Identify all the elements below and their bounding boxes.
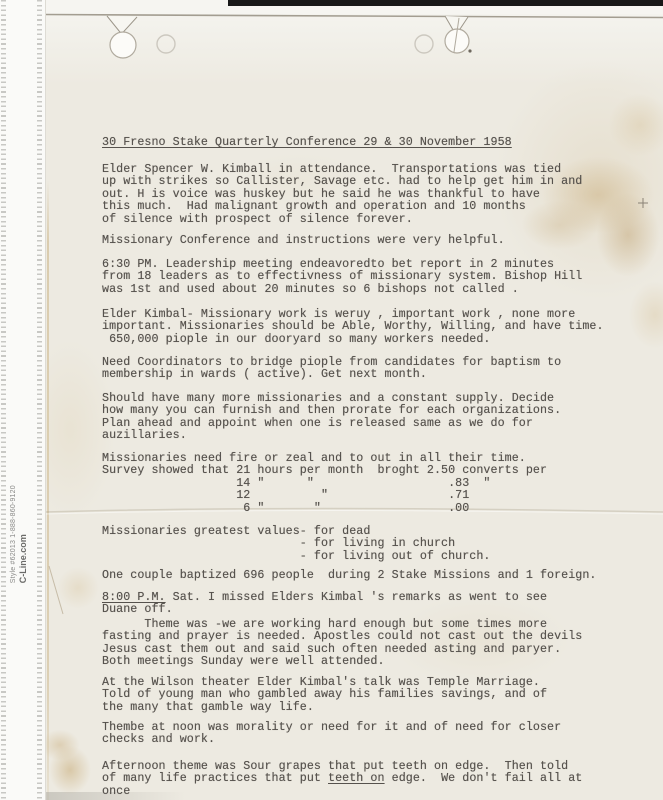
paragraph-greatest-values: Missionaries greatest values- for dead -… [102, 525, 491, 562]
scanned-document-page: 30 Fresno Stake Quarterly Conference 29 … [0, 0, 663, 800]
typewritten-text: 30 Fresno Stake Quarterly Conference 29 … [0, 0, 663, 800]
paragraph-theme-fasting: Theme was -we are working hard enough bu… [102, 618, 582, 668]
binding-serration-right [37, 0, 42, 800]
protector-style-number: Style #62013 1-888-860-9120 [10, 463, 18, 583]
paragraph-missionary-conference: Missionary Conference and instructions w… [102, 234, 505, 246]
paragraph-missionary-work: Elder Kimbal- Missionary work is weruy ,… [102, 308, 604, 345]
document-title: 30 Fresno Stake Quarterly Conference 29 … [102, 136, 512, 148]
protector-brand-name: C-Line.com [18, 463, 28, 583]
paragraph-survey-table: Missionaries need fire or zeal and to ou… [102, 452, 547, 514]
paragraph-afternoon-theme: Afternoon theme was Sour grapes that put… [102, 760, 582, 797]
paragraph-couple-baptized: One couple baptized 696 people during 2 … [102, 569, 596, 581]
paragraph-eight-pm-text: Sat. I missed Elders Kimbal 's remarks a… [102, 590, 547, 616]
paragraph-noon-theme: Thembe at noon was morality or need for … [102, 721, 561, 746]
paragraph-coordinators: Need Coordinators to bridge piople from … [102, 356, 561, 381]
protector-brand-block: Style #62013 1-888-860-9120 C-Line.com [10, 463, 28, 583]
binding-serration-left [1, 0, 6, 800]
paragraph-leadership-meeting: 6:30 PM. Leadership meeting endeavoredto… [102, 258, 582, 295]
paragraph-more-missionaries: Should have many more missionaries and a… [102, 392, 561, 442]
underlined-teeth-on: teeth on [328, 771, 385, 785]
scanner-edge-bar [228, 0, 663, 6]
paragraph-wilson-theater: At the Wilson theater Elder Kimbal's tal… [102, 676, 547, 713]
paragraph-eight-pm: 8:00 P.M. Sat. I missed Elders Kimbal 's… [102, 591, 547, 616]
sheet-protector-binding-strip: Style #62013 1-888-860-9120 C-Line.com [0, 0, 46, 800]
paragraph-kimball-attendance: Elder Spencer W. Kimball in attendance. … [102, 163, 582, 225]
